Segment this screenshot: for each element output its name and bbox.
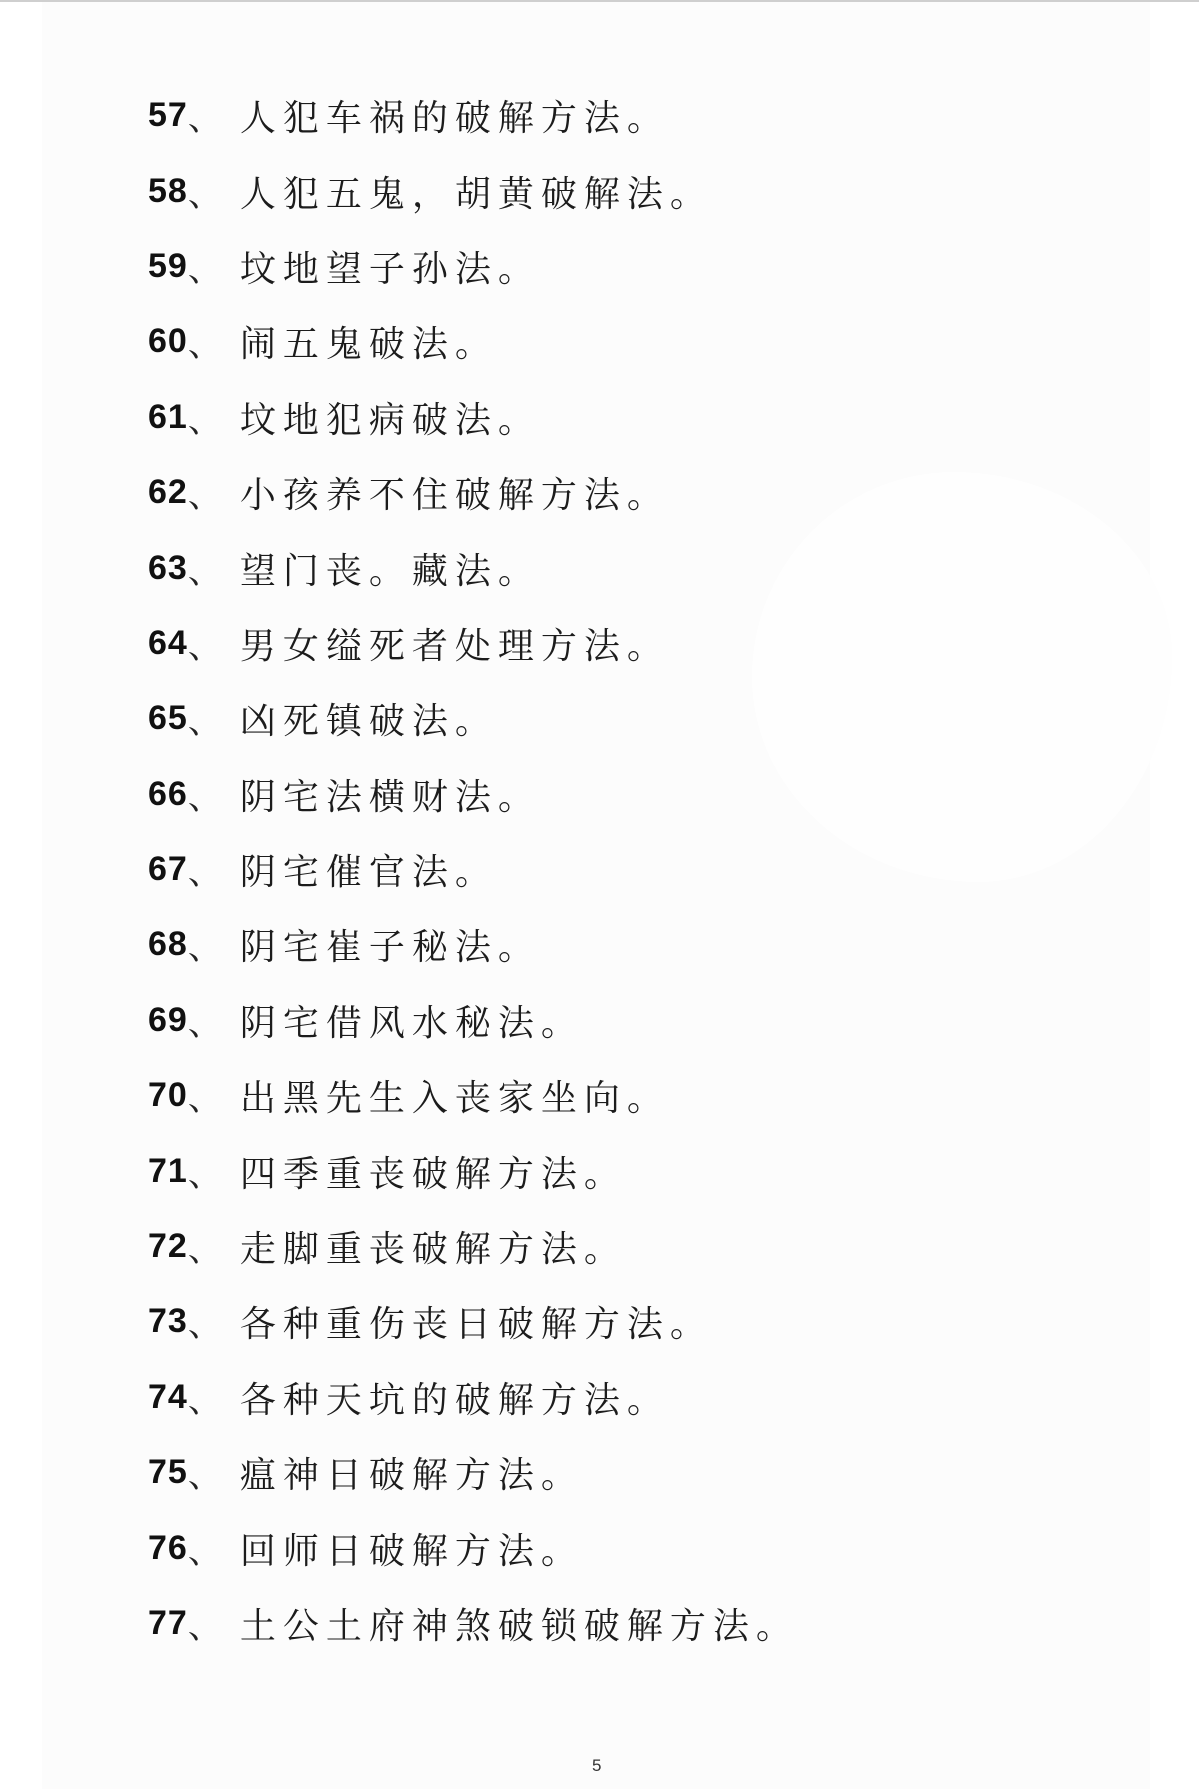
item-text: 四季重丧破解方法。 bbox=[240, 1146, 627, 1197]
list-item: 60、闹五鬼破法。 bbox=[148, 304, 799, 379]
item-number: 77 bbox=[148, 1604, 188, 1643]
item-text: 凶死镇破法。 bbox=[240, 693, 498, 744]
item-number: 75 bbox=[148, 1453, 188, 1492]
item-text: 阴宅法横财法。 bbox=[240, 769, 541, 820]
item-number: 57 bbox=[148, 96, 188, 135]
item-number: 71 bbox=[148, 1152, 188, 1191]
list-item: 68、阴宅崔子秘法。 bbox=[148, 907, 799, 982]
item-number: 69 bbox=[148, 1001, 188, 1040]
item-separator: 、 bbox=[188, 1448, 240, 1497]
item-separator: 、 bbox=[188, 1297, 240, 1346]
list-item: 71、四季重丧破解方法。 bbox=[148, 1133, 799, 1208]
item-text: 坟地犯病破法。 bbox=[240, 392, 541, 443]
list-item: 65、凶死镇破法。 bbox=[148, 681, 799, 756]
item-text: 人犯五鬼，胡黄破解法。 bbox=[240, 166, 713, 217]
item-text: 回师日破解方法。 bbox=[240, 1523, 584, 1574]
item-number: 65 bbox=[148, 699, 188, 738]
item-text: 瘟神日破解方法。 bbox=[240, 1447, 584, 1498]
list-item: 73、各种重伤丧日破解方法。 bbox=[148, 1284, 799, 1359]
item-text: 出黑先生入丧家坐向。 bbox=[240, 1070, 670, 1121]
item-separator: 、 bbox=[188, 770, 240, 819]
item-text: 人犯车祸的破解方法。 bbox=[240, 90, 670, 141]
item-separator: 、 bbox=[188, 317, 240, 366]
item-separator: 、 bbox=[188, 619, 240, 668]
list-item: 72、走脚重丧破解方法。 bbox=[148, 1209, 799, 1284]
item-text: 走脚重丧破解方法。 bbox=[240, 1221, 627, 1272]
list-item: 75、瘟神日破解方法。 bbox=[148, 1435, 799, 1510]
item-text: 阴宅借风水秘法。 bbox=[240, 995, 584, 1046]
list-item: 58、人犯五鬼，胡黄破解法。 bbox=[148, 153, 799, 228]
list-item: 59、坟地望子孙法。 bbox=[148, 229, 799, 304]
list-item: 77、土公土府神煞破锁破解方法。 bbox=[148, 1586, 799, 1661]
item-separator: 、 bbox=[188, 91, 240, 140]
item-separator: 、 bbox=[188, 1147, 240, 1196]
numbered-list: 57、人犯车祸的破解方法。 58、人犯五鬼，胡黄破解法。 59、坟地望子孙法。 … bbox=[148, 78, 799, 1661]
list-item: 66、阴宅法横财法。 bbox=[148, 757, 799, 832]
item-text: 阴宅催官法。 bbox=[240, 844, 498, 895]
item-separator: 、 bbox=[188, 1524, 240, 1573]
item-separator: 、 bbox=[188, 1071, 240, 1120]
list-item: 70、出黑先生入丧家坐向。 bbox=[148, 1058, 799, 1133]
item-text: 男女缢死者处理方法。 bbox=[240, 618, 670, 669]
item-number: 62 bbox=[148, 473, 188, 512]
item-separator: 、 bbox=[188, 242, 240, 291]
item-number: 67 bbox=[148, 850, 188, 889]
list-item: 74、各种天坑的破解方法。 bbox=[148, 1360, 799, 1435]
list-item: 61、坟地犯病破法。 bbox=[148, 380, 799, 455]
item-number: 59 bbox=[148, 247, 188, 286]
item-separator: 、 bbox=[188, 468, 240, 517]
item-separator: 、 bbox=[188, 996, 240, 1045]
item-number: 70 bbox=[148, 1076, 188, 1115]
item-number: 73 bbox=[148, 1302, 188, 1341]
item-separator: 、 bbox=[188, 544, 240, 593]
item-number: 58 bbox=[148, 172, 188, 211]
item-number: 60 bbox=[148, 322, 188, 361]
item-separator: 、 bbox=[188, 694, 240, 743]
item-number: 61 bbox=[148, 398, 188, 437]
item-number: 64 bbox=[148, 624, 188, 663]
faint-watermark bbox=[752, 472, 1172, 882]
item-separator: 、 bbox=[188, 845, 240, 894]
item-text: 望门丧。藏法。 bbox=[240, 543, 541, 594]
list-item: 67、阴宅催官法。 bbox=[148, 832, 799, 907]
item-text: 各种天坑的破解方法。 bbox=[240, 1372, 670, 1423]
list-item: 69、阴宅借风水秘法。 bbox=[148, 983, 799, 1058]
item-separator: 、 bbox=[188, 1222, 240, 1271]
item-text: 阴宅崔子秘法。 bbox=[240, 919, 541, 970]
list-item: 57、人犯车祸的破解方法。 bbox=[148, 78, 799, 153]
item-number: 66 bbox=[148, 775, 188, 814]
list-item: 76、回师日破解方法。 bbox=[148, 1510, 799, 1585]
item-separator: 、 bbox=[188, 393, 240, 442]
item-number: 76 bbox=[148, 1529, 188, 1568]
item-number: 63 bbox=[148, 549, 188, 588]
list-item: 64、男女缢死者处理方法。 bbox=[148, 606, 799, 681]
item-text: 闹五鬼破法。 bbox=[240, 316, 498, 367]
item-text: 各种重伤丧日破解方法。 bbox=[240, 1296, 713, 1347]
item-number: 68 bbox=[148, 925, 188, 964]
list-item: 63、望门丧。藏法。 bbox=[148, 530, 799, 605]
page-number: 5 bbox=[592, 1756, 601, 1776]
item-number: 72 bbox=[148, 1227, 188, 1266]
item-separator: 、 bbox=[188, 1373, 240, 1422]
item-text: 小孩养不住破解方法。 bbox=[240, 467, 670, 518]
list-item: 62、小孩养不住破解方法。 bbox=[148, 455, 799, 530]
item-separator: 、 bbox=[188, 167, 240, 216]
item-separator: 、 bbox=[188, 920, 240, 969]
item-separator: 、 bbox=[188, 1599, 240, 1648]
item-number: 74 bbox=[148, 1378, 188, 1417]
item-text: 坟地望子孙法。 bbox=[240, 241, 541, 292]
item-text: 土公土府神煞破锁破解方法。 bbox=[240, 1598, 799, 1649]
